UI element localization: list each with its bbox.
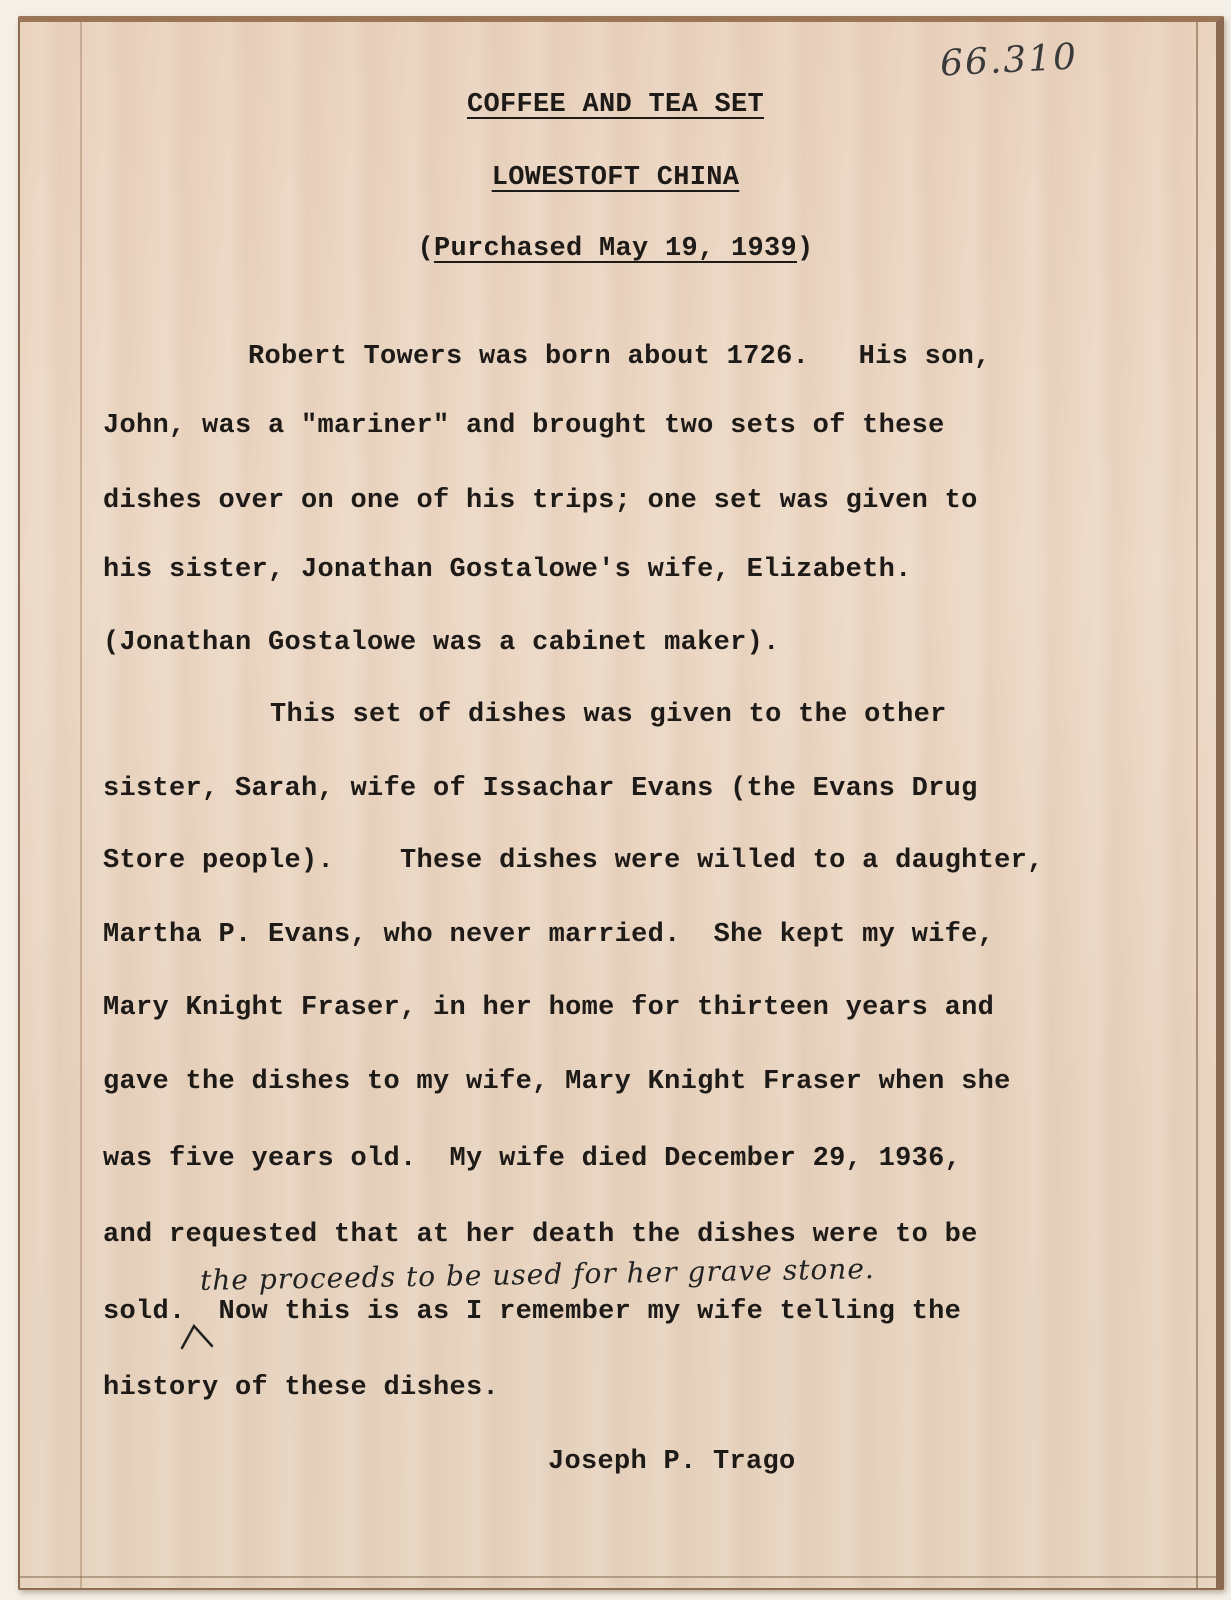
body-line: sold. Now this is as I remember my wife … bbox=[103, 1297, 961, 1327]
purchase-note: (Purchased May 19, 1939) bbox=[0, 234, 1231, 264]
body-line: Store people). These dishes were willed … bbox=[103, 846, 1044, 876]
body-line: his sister, Jonathan Gostalowe's wife, E… bbox=[103, 555, 912, 585]
purchase-note-close-paren: ) bbox=[797, 234, 814, 264]
body-line: Martha P. Evans, who never married. She … bbox=[103, 920, 994, 950]
body-line: Robert Towers was born about 1726. His s… bbox=[248, 342, 991, 372]
body-line: sister, Sarah, wife of Issachar Evans (t… bbox=[103, 774, 978, 804]
document-title: COFFEE AND TEA SET bbox=[0, 90, 1231, 120]
body-line: was five years old. My wife died Decembe… bbox=[103, 1144, 961, 1174]
handwritten-catalog-number: 66.310 bbox=[939, 36, 1079, 84]
body-line: This set of dishes was given to the othe… bbox=[270, 700, 947, 730]
body-line: Mary Knight Fraser, in her home for thir… bbox=[103, 993, 994, 1023]
paper-fold-line bbox=[20, 1576, 1216, 1578]
body-line: and requested that at her death the dish… bbox=[103, 1220, 978, 1250]
body-line: dishes over on one of his trips; one set… bbox=[103, 486, 978, 516]
body-line: John, was a "mariner" and brought two se… bbox=[103, 411, 945, 441]
body-line: history of these dishes. bbox=[103, 1373, 499, 1403]
body-line: (Jonathan Gostalowe was a cabinet maker)… bbox=[103, 628, 780, 658]
signature: Joseph P. Trago bbox=[548, 1447, 796, 1477]
purchase-note-open-paren: ( bbox=[417, 234, 434, 264]
purchase-note-text: Purchased May 19, 1939 bbox=[434, 234, 797, 264]
document-subtitle: LOWESTOFT CHINA bbox=[0, 163, 1231, 193]
body-line: gave the dishes to my wife, Mary Knight … bbox=[103, 1067, 1011, 1097]
